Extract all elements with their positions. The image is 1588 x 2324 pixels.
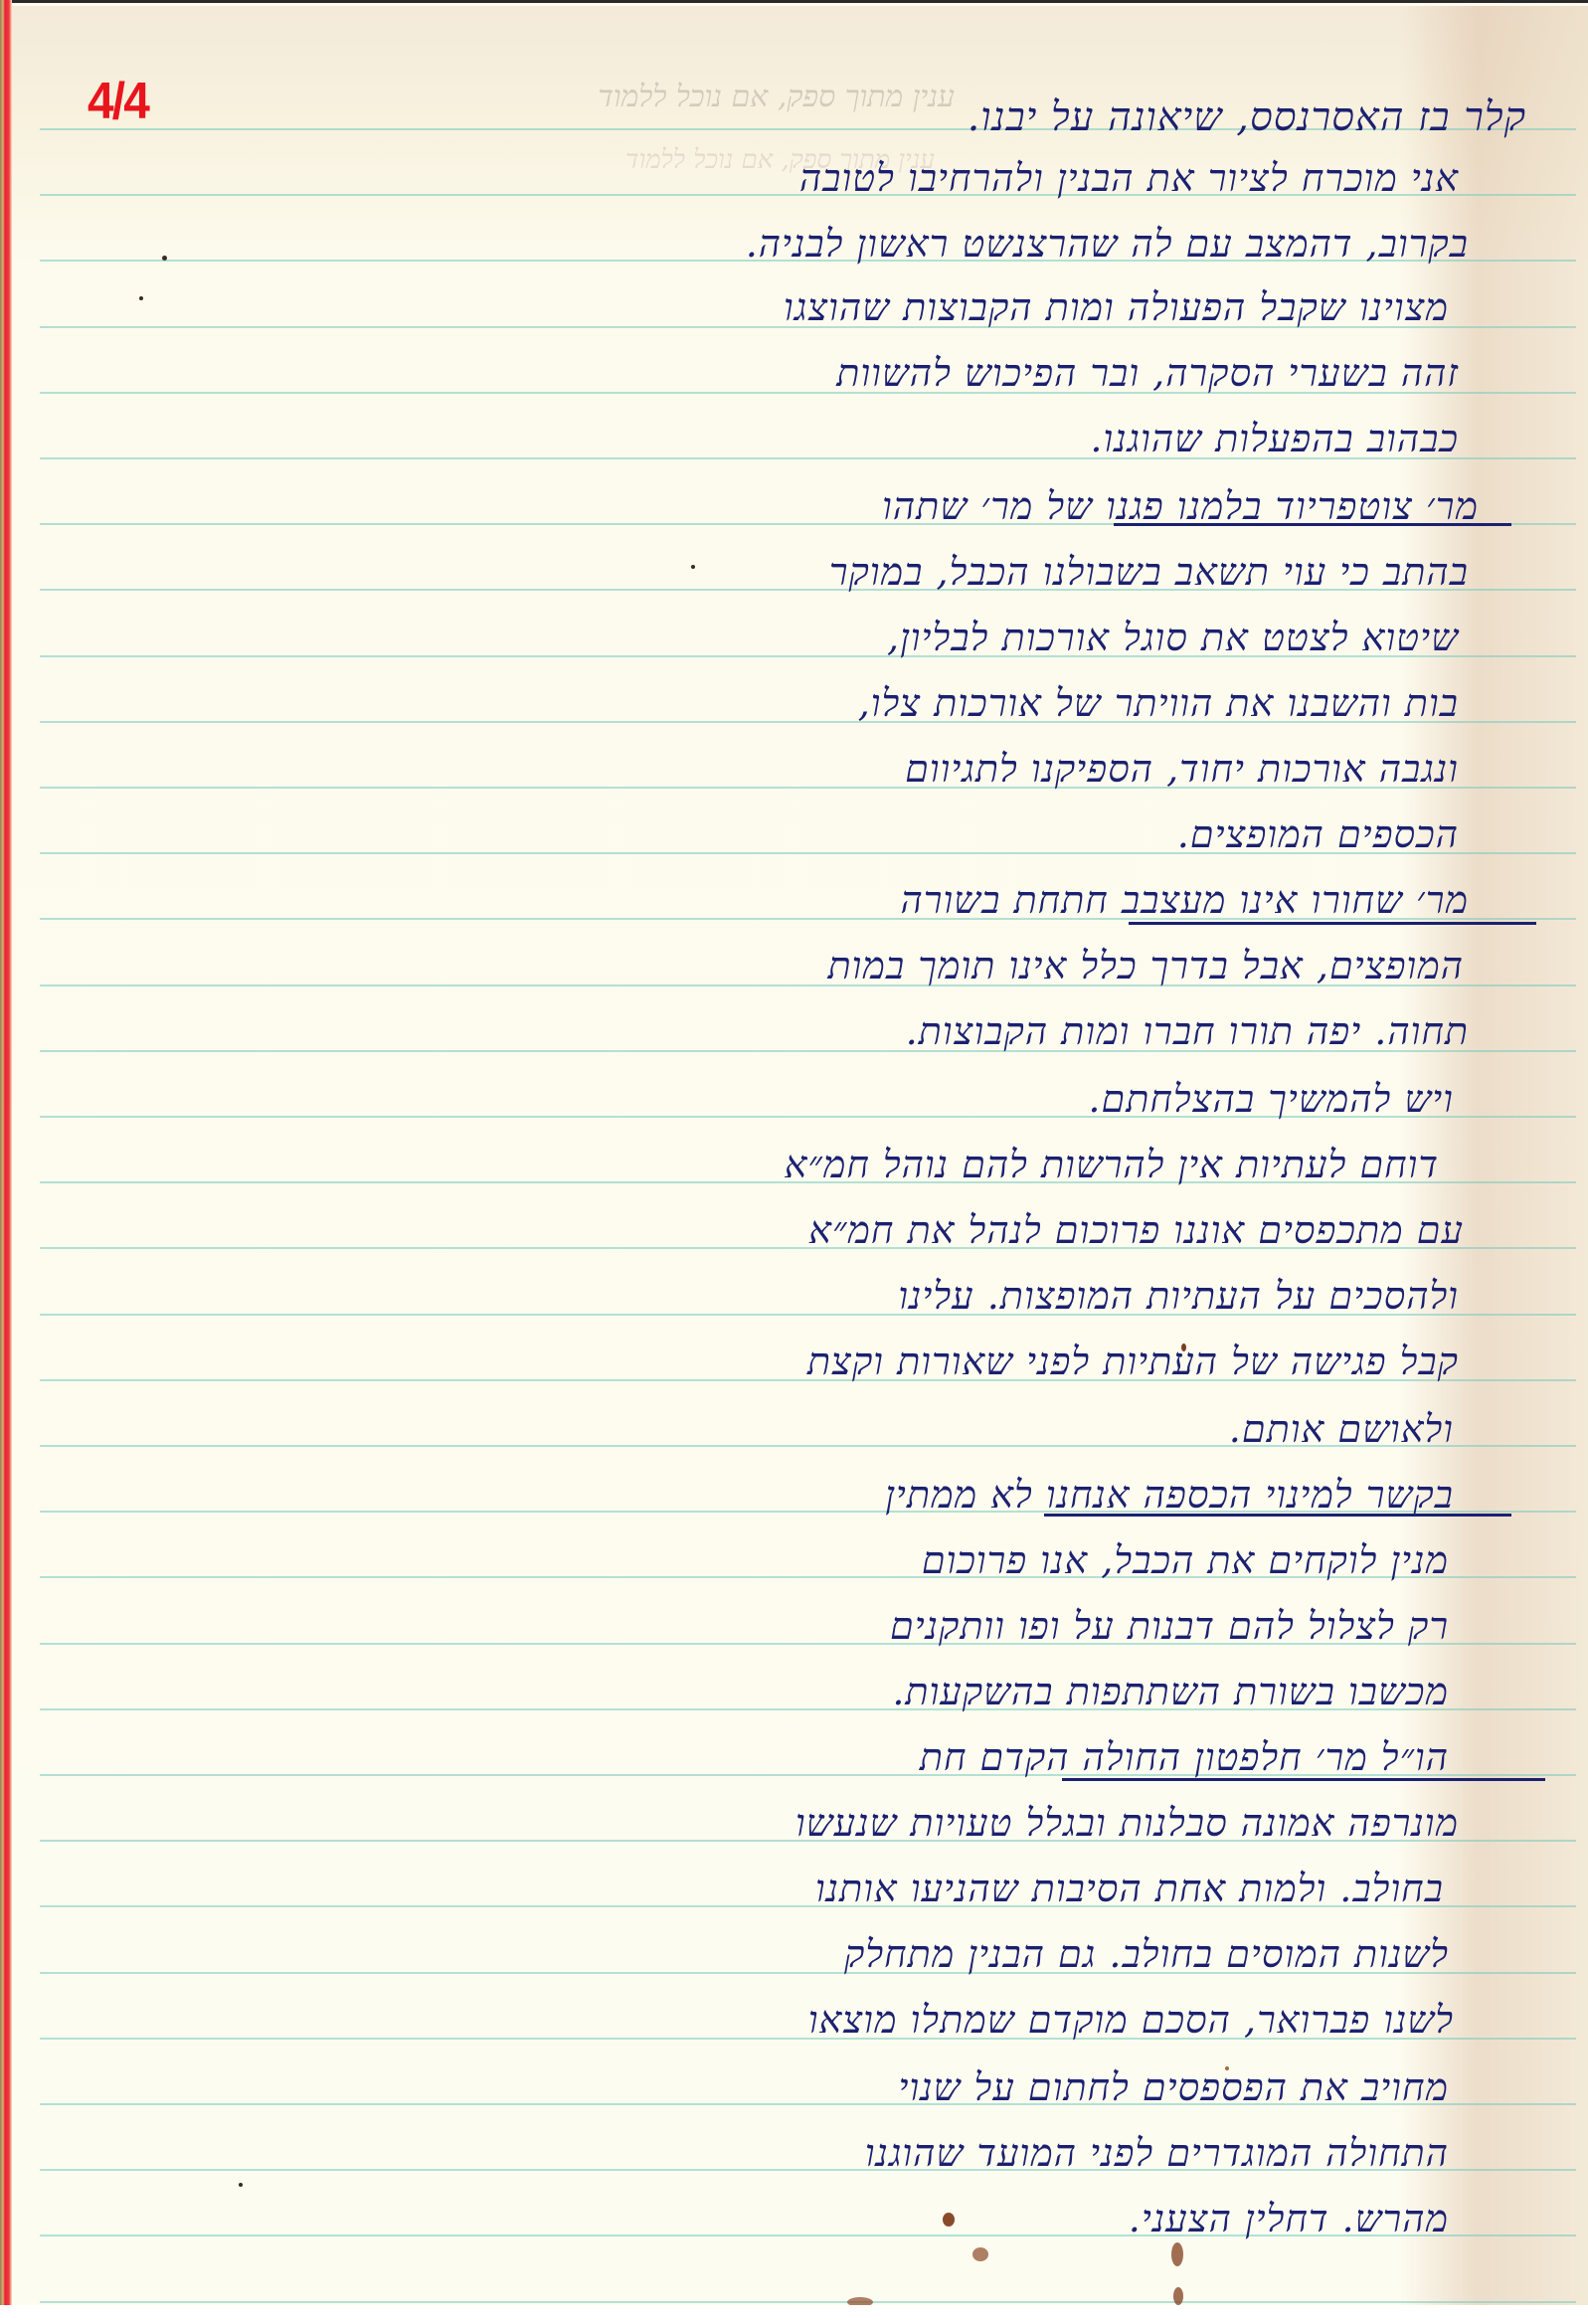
handwritten-line: לשנות המוסים בחולב. גם הבנין מתחלק bbox=[844, 1935, 1449, 1973]
handwritten-line: ונגבה אורכות יחוד, הספיקנו לתגיוום bbox=[905, 750, 1459, 788]
handwritten-line: רק לצלול להם דבנות על ופו וותקנים bbox=[890, 1607, 1449, 1645]
scan-top-edge bbox=[0, 0, 1588, 3]
handwritten-line: דוחם לעתיות אין להרשות להם נוהל חמ״א bbox=[785, 1146, 1439, 1183]
scan-bottom-margin bbox=[0, 2305, 1588, 2324]
handwritten-line: שיטוא לצטט את סוגל אורכות לבליון, bbox=[887, 619, 1459, 656]
underline bbox=[1129, 922, 1536, 925]
handwritten-line: מנין לוקחים את הכבל, אנו פרוכום bbox=[922, 1541, 1449, 1579]
speck bbox=[1181, 1343, 1186, 1351]
handwritten-line: בקשר למינוי הכספה אנחנו לא ממתין bbox=[885, 1476, 1454, 1514]
ink-stain bbox=[1173, 2287, 1183, 2305]
handwritten-line: מר׳ צוטפריוד בלמנו פגנו של מר׳ שתהו bbox=[882, 487, 1479, 525]
handwritten-line: תחוה. יפה תורו חברו ומות הקבוצות. bbox=[906, 1012, 1469, 1050]
ink-stain bbox=[972, 2247, 988, 2261]
ruled-line bbox=[40, 2301, 1576, 2303]
handwritten-line: ולאושם אותם. bbox=[1229, 1410, 1454, 1448]
handwritten-line: בקרוב, דהמצב עם לה שהרצנשט ראשון לבניה. bbox=[746, 225, 1469, 263]
handwritten-line: המופצים, אבל בדרך כלל אינו תומך במות bbox=[827, 947, 1464, 984]
handwritten-line: בהתב כי עוי תשאב בשבולנו הכבל, במוקר bbox=[829, 553, 1469, 591]
handwritten-line: ויש להמשיך בהצלחתם. bbox=[1088, 1080, 1454, 1118]
handwritten-line: בחולב. ולמות אחת הסיבות שהניעו אותנו bbox=[815, 1870, 1444, 1907]
underline bbox=[1062, 1778, 1545, 1781]
handwritten-line: הו״ל מר׳ חלפטון החולה הקדם חת bbox=[920, 1738, 1449, 1776]
handwritten-line: זהה בשערי הסקרה, ובר הפיכוש להשוות bbox=[836, 354, 1459, 392]
speck bbox=[139, 296, 143, 300]
scanned-page: 4/4 ענין מתוך ספק, אם נוכל ללמוד ענין מת… bbox=[0, 0, 1588, 2324]
ink-stain bbox=[1171, 2242, 1183, 2266]
handwritten-line: מהרש. דחלין הצעני. bbox=[1129, 2200, 1449, 2237]
ink-stain bbox=[943, 2213, 955, 2227]
handwritten-line: התחולה המוגדרים לפני המועד שהוגנו bbox=[865, 2134, 1449, 2172]
notebook-binding-edge bbox=[0, 0, 12, 2305]
handwritten-line: מכשבו בשורת השתתפות בהשקעות. bbox=[892, 1673, 1449, 1710]
speck bbox=[1225, 2066, 1229, 2070]
handwritten-line: מצוינו שקבל הפעולה ומות הקבוצות שהוצגו bbox=[784, 288, 1449, 326]
underline bbox=[1114, 523, 1511, 526]
handwritten-line: אני מוכרח לציור את הבנין ולהרחיבו לטובה bbox=[799, 159, 1459, 197]
handwritten-line: לשנו פברואר, הסכם מוקדם שמתלו מוצאו bbox=[808, 2001, 1454, 2039]
handwritten-line: מחויב את הפספסים לחתום על שנוי bbox=[899, 2068, 1449, 2106]
handwritten-line: קלר בז האסרנסס, שיאונה על יבנו. bbox=[968, 97, 1526, 137]
handwritten-line: הכספים המופצים. bbox=[1177, 815, 1459, 853]
underline bbox=[1044, 1514, 1511, 1517]
page-number-label: 4/4 bbox=[88, 76, 148, 127]
bleed-through-text: ענין מתוך ספק, אם נוכל ללמוד bbox=[199, 80, 955, 114]
handwritten-line: מר׳ שחורו אינו מעצבב חתחת בשורה bbox=[901, 881, 1469, 919]
handwritten-line: בות והשבנו את הוויתר של אורכות צלו, bbox=[858, 684, 1459, 722]
speck bbox=[691, 565, 695, 569]
handwritten-line: קבל פגישה של העתיות לפני שאורות וקצת bbox=[807, 1342, 1459, 1380]
handwritten-line: עם מתכפסים אוננו פרוכום לנהל את חמ״א bbox=[808, 1211, 1464, 1249]
handwritten-line: כבהוב בהפעלות שהוגנו. bbox=[1090, 420, 1459, 457]
speck bbox=[239, 2183, 243, 2187]
handwritten-line: מונרפה אמונה סבלנות ובגלל טעויות שנעשו bbox=[795, 1804, 1459, 1842]
speck bbox=[162, 256, 167, 261]
handwritten-line: ולהסכים על העתיות המופצות. עלינו bbox=[898, 1277, 1459, 1315]
